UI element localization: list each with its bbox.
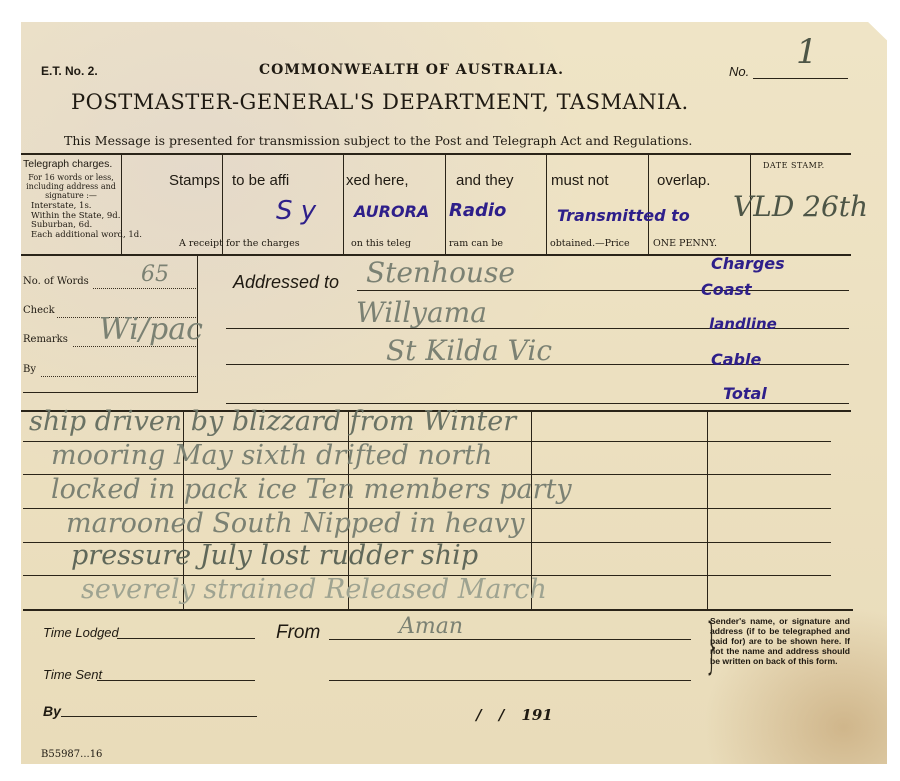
address-line: Willyama	[356, 296, 487, 329]
charges-heading: Telegraph charges.	[23, 158, 112, 170]
receipt-word: ONE PENNY.	[653, 238, 717, 249]
charges-intro: For 16 words or less, including address …	[23, 173, 119, 200]
handwritten-sy: S y	[276, 196, 316, 226]
number-value: 1	[796, 32, 818, 72]
message-line: ship driven by blizzard from Winter	[29, 406, 516, 437]
addressed-to-label: Addressed to	[233, 272, 339, 293]
remarks-label: Remarks	[23, 334, 68, 345]
telegram-form: E.T. No. 2. COMMONWEALTH OF AUSTRALIA. N…	[21, 22, 887, 764]
handwritten-aurora: AURORA	[354, 202, 429, 221]
address-line: St Kilda Vic	[386, 334, 552, 367]
time-lodged-field[interactable]	[117, 638, 255, 639]
note-cable: Cable	[711, 350, 761, 369]
message-line: severely strained Released March	[81, 574, 547, 605]
print-code: B55987...16	[41, 749, 102, 760]
number-label: No.	[729, 64, 749, 79]
from-label: From	[276, 622, 320, 644]
divider	[21, 153, 851, 155]
note-coast: Coast	[701, 280, 752, 299]
receipt-word: A receipt	[179, 238, 223, 249]
stamps-word: to be affi	[232, 172, 289, 189]
receipt-word: ram can be	[449, 238, 503, 249]
sender-note: Sender's name, or signature and address …	[710, 616, 850, 666]
date-template: / / 191	[476, 706, 553, 724]
stamps-word: must not	[551, 172, 609, 189]
footer-by-label: By	[43, 703, 61, 719]
note-landline: landline	[709, 315, 777, 333]
message-line: marooned South Nipped in heavy	[66, 508, 525, 539]
note-total: Total	[723, 384, 767, 403]
footer-by-field[interactable]	[61, 716, 257, 717]
words-value: 65	[141, 262, 169, 287]
address-line: Stenhouse	[366, 256, 515, 289]
receipt-word: on this teleg	[351, 238, 411, 249]
date-stamp-label: DATE STAMP.	[763, 161, 825, 170]
receipt-word: obtained.—Price	[550, 238, 630, 249]
message-line: mooring May sixth drifted north	[51, 440, 492, 471]
time-lodged-label: Time Lodged	[43, 625, 119, 640]
handwritten-radio: Radio	[449, 200, 506, 221]
form-code: E.T. No. 2.	[41, 64, 98, 78]
stamps-word: and they	[456, 172, 514, 189]
header-commonwealth: COMMONWEALTH OF AUSTRALIA.	[259, 62, 564, 78]
subtitle: This Message is presented for transmissi…	[64, 133, 692, 148]
words-label: No. of Words	[23, 276, 89, 287]
number-line	[753, 78, 848, 79]
from-field-2[interactable]	[329, 680, 691, 681]
stamps-word: Stamps	[169, 172, 220, 189]
check-label: Check	[23, 305, 55, 316]
time-sent-field[interactable]	[97, 680, 255, 681]
time-sent-label: Time Sent	[43, 667, 102, 682]
remarks-value: Wi/pac	[99, 312, 203, 347]
handwritten-transmitted: Transmitted to	[557, 206, 690, 225]
rate-additional-word: Each additional word, 1d.	[31, 231, 142, 241]
message-line: pressure July lost rudder ship	[71, 540, 478, 571]
from-value: Aman	[399, 614, 463, 639]
receipt-word: for the charges	[226, 238, 300, 249]
from-field[interactable]	[329, 639, 691, 640]
by-label: By	[23, 364, 36, 375]
charges-rates: Interstate, 1s. Within the State, 9d. Su…	[31, 202, 142, 240]
note-charges: Charges	[711, 254, 785, 273]
message-line: locked in pack ice Ten members party	[51, 474, 572, 505]
stamps-word: xed here,	[346, 172, 409, 189]
page-title: POSTMASTER-GENERAL'S DEPARTMENT, TASMANI…	[71, 90, 689, 114]
stamps-word: overlap.	[657, 172, 710, 189]
date-stamp-value: VLD 26th	[733, 190, 868, 223]
